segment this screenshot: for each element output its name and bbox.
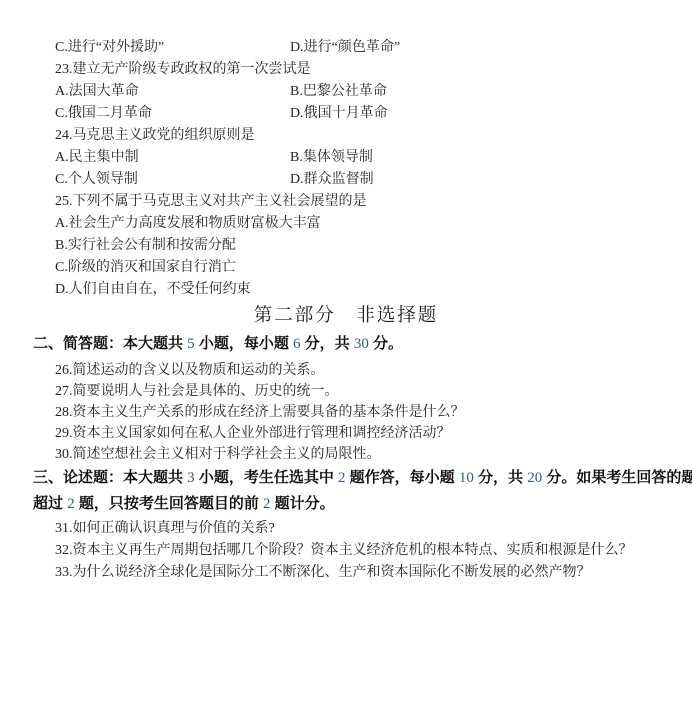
heading-text: 二、简答题：本大题共 (33, 335, 187, 352)
section3-heading-line1: 三、论述题：本大题共 3 小题，考生任选其中 2 题作答，每小题 10 分，共 … (0, 465, 692, 491)
heading-text: 小题，考生任选其中 (195, 469, 338, 486)
section3-heading-line2: 超过 2 题，只按考生回答题目的前 2 题计分。 (0, 491, 692, 517)
option-b: B.实行社会公有制和按需分配 (55, 238, 236, 253)
heading-number: 10 (459, 470, 474, 486)
question-24-options-ab: A.民主集中制B.集体领导制 (0, 147, 692, 169)
option-a: A.社会生产力高度发展和物质财富极大丰富 (55, 216, 321, 231)
heading-number: 5 (187, 336, 195, 352)
heading-text: 分。 (369, 335, 403, 352)
heading-number: 20 (527, 470, 542, 486)
question-23-options-ab: A.法国大革命B.巴黎公社革命 (0, 81, 692, 103)
question-28: 28.资本主义生产关系的形成在经济上需要具备的基本条件是什么？ (0, 402, 692, 423)
section2-heading: 二、简答题：本大题共 5 小题，每小题 6 分，共 30 分。 (0, 332, 692, 356)
heading-text: 超过 (33, 495, 67, 512)
question-25-option-a: A.社会生产力高度发展和物质财富极大丰富 (0, 213, 692, 235)
option-b: B.巴黎公社革命 (290, 84, 387, 99)
question-23-options-cd: C.俄国二月革命D.俄国十月革命 (0, 103, 692, 125)
heading-number: 2 (263, 496, 271, 512)
question-22-options-cd: C.进行“对外援助”D.进行“颜色革命” (0, 37, 692, 59)
heading-text: 分。如果考生回答的题目 (542, 469, 692, 486)
heading-number: 2 (338, 470, 346, 486)
question-29: 29.资本主义国家如何在私人企业外部进行管理和调控经济活动？ (0, 423, 692, 444)
option-d: D.人们自由自在，不受任何约束 (55, 282, 251, 297)
heading-text: 小题，每小题 (195, 335, 293, 352)
heading-number: 30 (354, 336, 369, 352)
question-24-stem: 24.马克思主义政党的组织原则是 (0, 125, 692, 147)
option-c: C.阶级的消灭和国家自行消亡 (55, 260, 236, 275)
heading-text: 题，只按考生回答题目的前 (75, 495, 263, 512)
heading-text: 题计分。 (271, 495, 335, 512)
heading-text: 题作答，每小题 (346, 469, 459, 486)
question-25-stem: 25.下列不属于马克思主义对共产主义社会展望的是 (0, 191, 692, 213)
heading-text: 分，共 (301, 335, 354, 352)
option-c: C.俄国二月革命 (55, 103, 290, 125)
option-a: A.法国大革命 (55, 81, 290, 103)
multiple-choice-block: C.进行“对外援助”D.进行“颜色革命” 23.建立无产阶级专政政权的第一次尝试… (0, 0, 692, 301)
part2-heading: 第二部分 非选择题 (0, 303, 692, 329)
stem-text: 23.建立无产阶级专政政权的第一次尝试是 (55, 62, 311, 77)
heading-number: 2 (67, 496, 75, 512)
heading-number: 6 (293, 336, 301, 352)
option-b: B.集体领导制 (290, 150, 373, 165)
option-d: D.群众监督制 (290, 172, 374, 187)
option-d: D.俄国十月革命 (290, 106, 388, 121)
question-30: 30.简述空想社会主义相对于科学社会主义的局限性。 (0, 444, 692, 465)
heading-text: 三、论述题：本大题共 (33, 469, 187, 486)
option-a: A.民主集中制 (55, 147, 290, 169)
essay-questions: 31.如何正确认识真理与价值的关系? 32.资本主义再生产周期包括哪几个阶段？资… (0, 518, 692, 584)
question-25-option-b: B.实行社会公有制和按需分配 (0, 235, 692, 257)
question-31: 31.如何正确认识真理与价值的关系? (0, 518, 692, 540)
question-33: 33.为什么说经济全球化是国际分工不断深化、生产和资本国际化不断发展的必然产物？ (0, 562, 692, 584)
question-25-option-c: C.阶级的消灭和国家自行消亡 (0, 257, 692, 279)
question-25-option-d: D.人们自由自在，不受任何约束 (0, 279, 692, 301)
option-c: C.进行“对外援助” (55, 37, 290, 59)
option-d: D.进行“颜色革命” (290, 40, 400, 55)
exam-document-page: C.进行“对外援助”D.进行“颜色革命” 23.建立无产阶级专政政权的第一次尝试… (0, 0, 692, 710)
heading-text: 分，共 (474, 469, 527, 486)
question-27: 27.简要说明人与社会是具体的、历史的统一。 (0, 381, 692, 402)
option-c: C.个人领导制 (55, 169, 290, 191)
question-32: 32.资本主义再生产周期包括哪几个阶段？资本主义经济危机的根本特点、实质和根源是… (0, 540, 692, 562)
stem-text: 24.马克思主义政党的组织原则是 (55, 128, 255, 143)
short-answer-questions: 26.简述运动的含义以及物质和运动的关系。 27.简要说明人与社会是具体的、历史… (0, 360, 692, 465)
heading-number: 3 (187, 470, 195, 486)
question-26: 26.简述运动的含义以及物质和运动的关系。 (0, 360, 692, 381)
question-24-options-cd: C.个人领导制D.群众监督制 (0, 169, 692, 191)
question-23-stem: 23.建立无产阶级专政政权的第一次尝试是 (0, 59, 692, 81)
stem-text: 25.下列不属于马克思主义对共产主义社会展望的是 (55, 194, 367, 209)
